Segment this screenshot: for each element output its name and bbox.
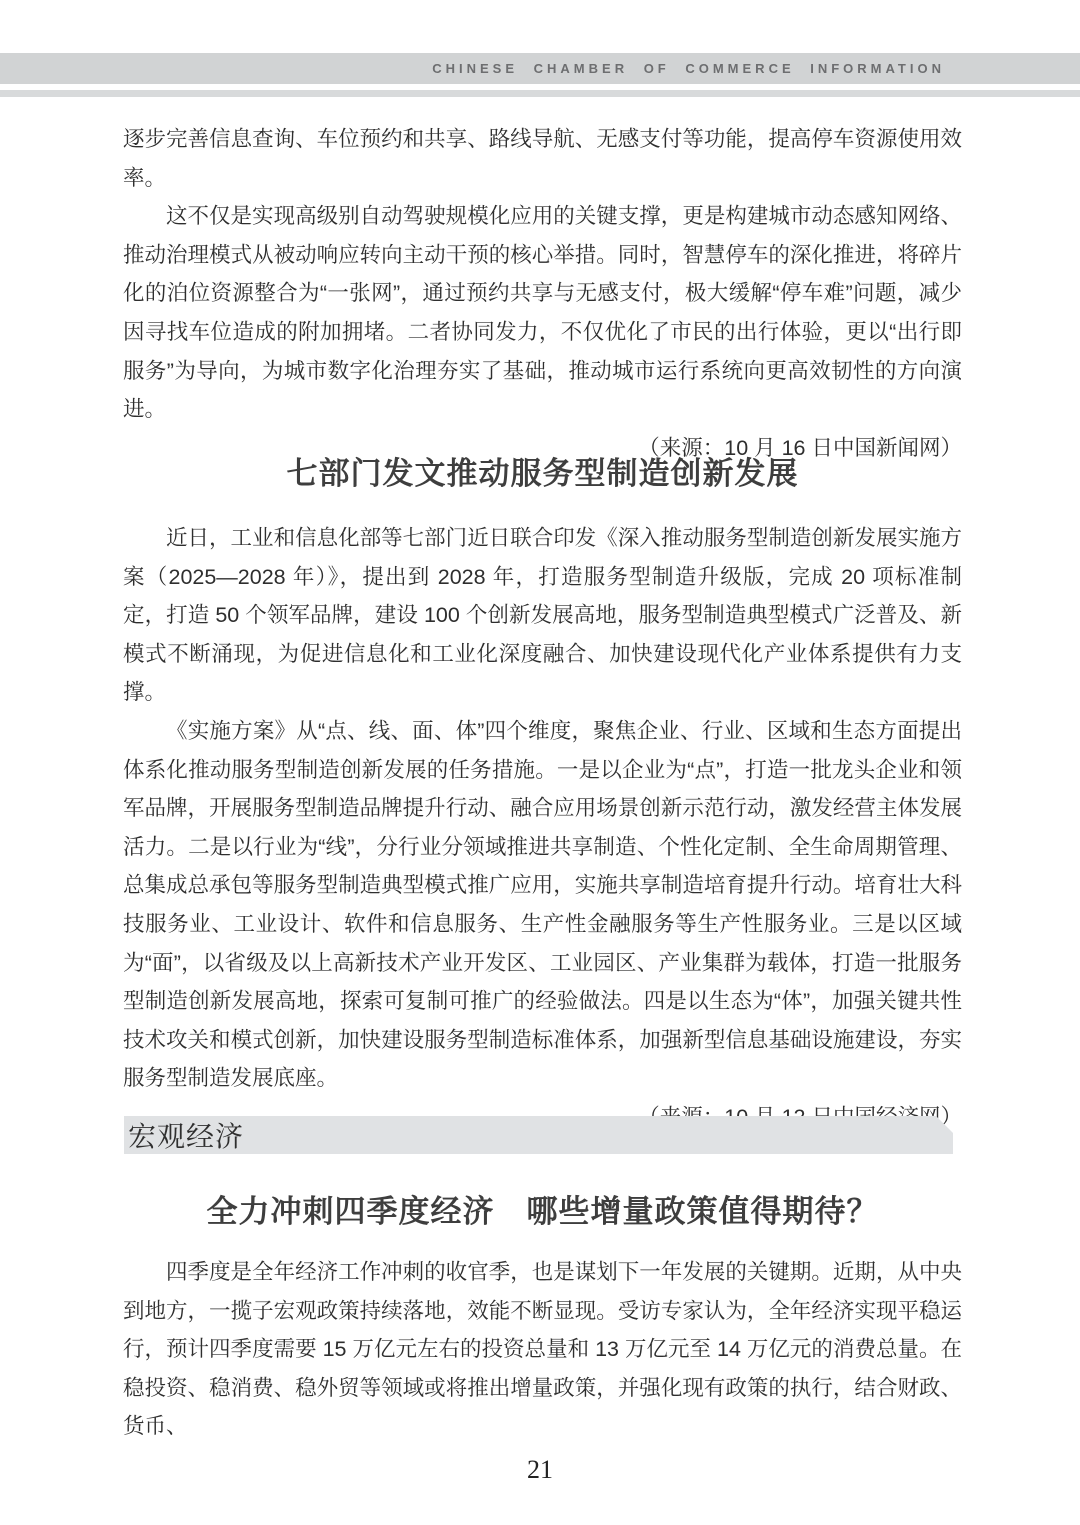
paragraph: 《实施方案》从“点、线、面、体”四个维度，聚焦企业、行业、区域和生态方面提出体系… [123, 712, 962, 1098]
header-stripe-secondary [0, 90, 1080, 97]
paragraph-continuation: 逐步完善信息查询、车位预约和共享、路线导航、无感支付等功能，提高停车资源使用效率… [123, 120, 962, 197]
paragraph: 这不仅是实现高级别自动驾驶规模化应用的关键支撑，更是构建城市动态感知网络、推动治… [123, 197, 962, 429]
masthead-title: CHINESE CHAMBER OF COMMERCE INFORMATION [432, 61, 945, 76]
article-title-q4-economy: 全力冲刺四季度经济 哪些增量政策值得期待？ [123, 1190, 962, 1234]
header-stripe-primary: CHINESE CHAMBER OF COMMERCE INFORMATION [0, 53, 1080, 84]
section-banner-macro-economy: 宏观经济 [124, 1116, 953, 1154]
paragraph: 四季度是全年经济工作冲刺的收官季，也是谋划下一年发展的关键期。近期，从中央到地方… [123, 1253, 962, 1446]
article-title-service-manufacturing: 七部门发文推动服务型制造创新发展 [123, 452, 962, 496]
section-label: 宏观经济 [124, 1115, 244, 1155]
article-smart-parking: 逐步完善信息查询、车位预约和共享、路线导航、无感支付等功能，提高停车资源使用效率… [123, 120, 962, 467]
page-number: 21 [0, 1455, 1080, 1485]
article-service-manufacturing: 近日，工业和信息化部等七部门近日联合印发《深入推动服务型制造创新发展实施方案（2… [123, 519, 962, 1137]
article-q4-economy: 四季度是全年经济工作冲刺的收官季，也是谋划下一年发展的关键期。近期，从中央到地方… [123, 1253, 962, 1446]
document-page: CHINESE CHAMBER OF COMMERCE INFORMATION … [0, 0, 1080, 1525]
paragraph: 近日，工业和信息化部等七部门近日联合印发《深入推动服务型制造创新发展实施方案（2… [123, 519, 962, 712]
